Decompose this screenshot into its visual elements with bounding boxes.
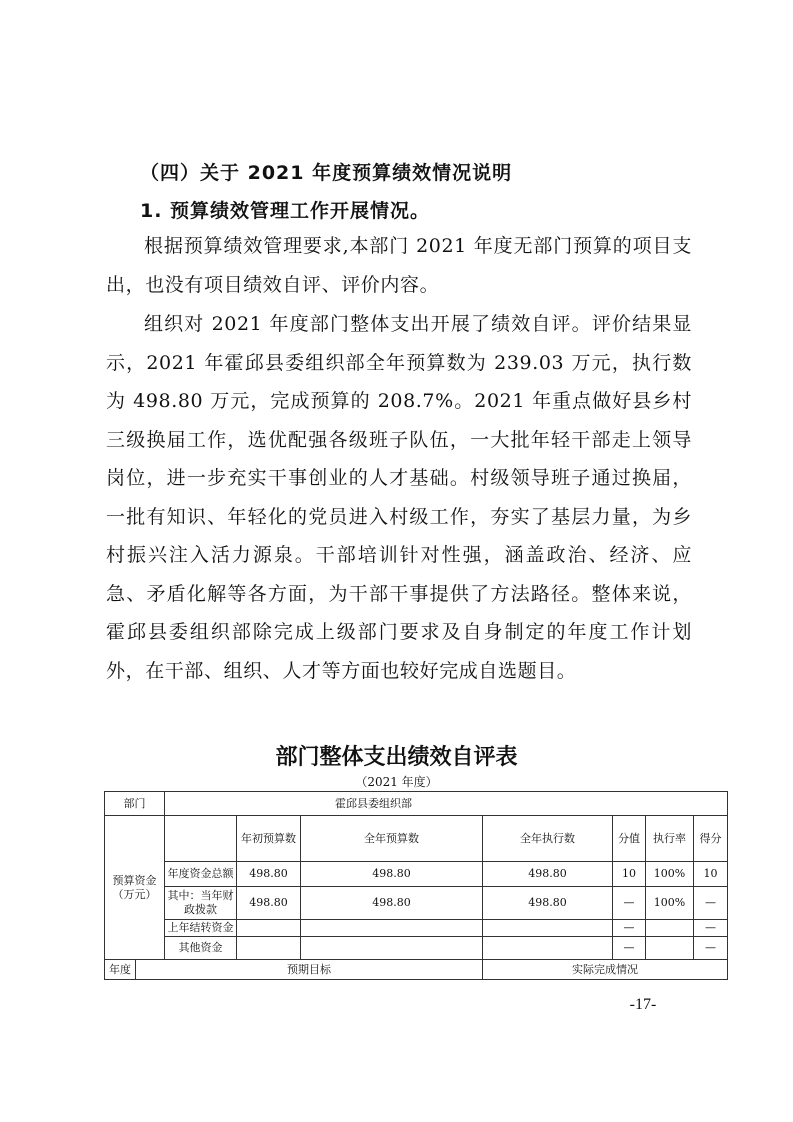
table-row: 年度资金总额 498.80 498.80 498.80 10 100% 10 (105, 862, 728, 887)
row-label: 其他资金 (165, 937, 237, 960)
cell-score: 10 (694, 862, 728, 887)
section-heading: （四）关于 2021 年度预算绩效情况说明 (140, 158, 512, 185)
header-annual: 全年预算数 (301, 816, 483, 862)
cell-annual (301, 937, 483, 960)
dept-value: 霍邱县委组织部 (165, 792, 728, 816)
cell-score-value: — (613, 937, 646, 960)
cell-score: — (694, 920, 728, 937)
header-executed: 全年执行数 (483, 816, 613, 862)
cell-rate: 100% (646, 887, 694, 920)
cell-executed (483, 920, 613, 937)
cell-initial: 498.80 (237, 887, 301, 920)
dept-row: 部门 霍邱县委组织部 (105, 792, 728, 816)
cell-executed: 498.80 (483, 862, 613, 887)
expected-goal-header: 预期目标 (136, 960, 483, 980)
cell-score-value: 10 (613, 862, 646, 887)
cell-rate (646, 920, 694, 937)
cell-initial (237, 920, 301, 937)
table-title: 部门整体支出绩效自评表 (0, 740, 793, 771)
cell-rate (646, 937, 694, 960)
cell-rate: 100% (646, 862, 694, 887)
row-label: 年度资金总额 (165, 862, 237, 887)
header-rate: 执行率 (646, 816, 694, 862)
footer-row: 年度 预期目标 实际完成情况 (105, 960, 728, 980)
header-initial: 年初预算数 (237, 816, 301, 862)
cell-annual: 498.80 (301, 887, 483, 920)
cell-score: — (694, 937, 728, 960)
cell-initial: 498.80 (237, 862, 301, 887)
paragraph-2: 组织对 2021 年度部门整体支出开展了绩效自评。评价结果显示，2021 年霍邱… (106, 305, 692, 690)
cell-executed (483, 937, 613, 960)
table-row: 上年结转资金 — — (105, 920, 728, 937)
paragraph-1: 根据预算绩效管理要求,本部门 2021 年度无部门预算的项目支出，也没有项目绩效… (106, 227, 692, 304)
subsection-heading: 1. 预算绩效管理工作开展情况。 (140, 196, 430, 223)
cell-annual (301, 920, 483, 937)
header-row: 预算资金 （万元） 年初预算数 全年预算数 全年执行数 分值 执行率 得分 (105, 816, 728, 862)
cell-annual: 498.80 (301, 862, 483, 887)
header-blank (165, 816, 237, 862)
year-label: 年度 (105, 960, 136, 980)
header-score: 得分 (694, 816, 728, 862)
header-score-value: 分值 (613, 816, 646, 862)
row-label: 其中：当年财政拨款 (165, 887, 237, 920)
actual-completion-header: 实际完成情况 (483, 960, 728, 980)
table-row: 其中：当年财政拨款 498.80 498.80 498.80 — 100% — (105, 887, 728, 920)
cell-score: — (694, 887, 728, 920)
cell-score-value: — (613, 887, 646, 920)
table-row: 其他资金 — — (105, 937, 728, 960)
table-year: （2021 年度） (0, 773, 793, 790)
page-number: -17- (0, 996, 793, 1014)
dept-label: 部门 (105, 792, 165, 816)
row-label: 上年结转资金 (165, 920, 237, 937)
fund-label: 预算资金 （万元） (105, 816, 165, 960)
cell-executed: 498.80 (483, 887, 613, 920)
self-evaluation-table: 部门 霍邱县委组织部 预算资金 （万元） 年初预算数 全年预算数 全年执行数 分… (104, 791, 728, 980)
cell-initial (237, 937, 301, 960)
cell-score-value: — (613, 920, 646, 937)
